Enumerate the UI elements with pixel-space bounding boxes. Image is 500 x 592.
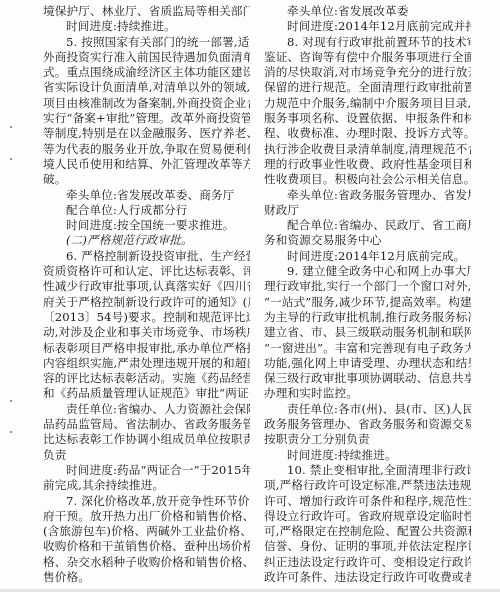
text-line: 为主导的行政审批机制,推行政务服务标准化建设;	[264, 310, 471, 325]
text-line: “一站式”服务,减少环节,提高效率。构建以窗口	[264, 295, 471, 310]
text-line: 性减少行政审批事项,认真落实好《四川省人民政	[43, 279, 250, 294]
text-line: 配合单位:省编办、民政厅、省工商局、省政务服	[264, 218, 471, 233]
text-line: 牵头单位:省发展改革委	[264, 4, 471, 19]
text-line: 境人民币使用和结算、外汇管理改革等方面有所突	[43, 157, 250, 172]
text-line: 5. 按照国家有关部门的统一部署,适时推行对	[43, 35, 250, 50]
text-line: 性收费项目。积极向社会公示相关信息。	[264, 172, 471, 187]
text-line: (含旅游包车)价格、两碱外工业盐价格、桑蚕鲜茧	[43, 524, 250, 539]
margin-mark	[10, 431, 12, 433]
text-line: 务和资源交易服务中心	[264, 233, 471, 248]
text-line: “一窗进出”。丰富和完善现有电子政务大厅服务	[264, 341, 471, 356]
text-line: 许可、增加行政许可条件和程序,规范性文件一律不	[264, 494, 471, 509]
text-line: 纠正违法设定行政许可、变相设定行政许可、增设行	[264, 555, 471, 570]
right-text-column: 牵头单位:省发展改革委时间进度:2014年12月底前完成并持续推进。8. 对现有…	[264, 4, 471, 585]
text-line: 品药品监管局、省法制办、省政务服务管理办、省评	[43, 417, 250, 432]
margin-mark	[10, 126, 12, 128]
text-line: 等制度,特别是在以金融服务、医疗养老、专业服务	[43, 126, 250, 141]
text-line: 牵头单位:省政务服务管理办、省发展改革委、	[264, 188, 471, 203]
text-line: 力规范中介服务,编制中介服务项目目录,明确中介	[264, 96, 471, 111]
text-line: 保留的进行规范。全面清理行政审批前置事项,大	[264, 80, 471, 95]
text-line: 政许可条件、违法设定行政许可收费或者通过实施	[264, 570, 471, 585]
text-line: 时间进度:按全国统一要求推进。	[43, 218, 250, 233]
text-line: 动,对涉及企业和事关市场竞争、市场秩序的评比达	[43, 325, 250, 340]
text-line: 标表彰项目严格申报审批,承办单位严格按照审批	[43, 341, 250, 356]
text-line: 时间进度:2014年12月底前完成。	[264, 249, 471, 264]
text-line: 理的行政事业性收费、政府性基金项目和经营服务	[264, 157, 471, 172]
text-line: 配合单位:人行成都分行	[43, 203, 250, 218]
text-line: 得设立行政许可。省政府规章设定临时性的行政许	[264, 509, 471, 524]
text-line: 鉴证、咨询等有偿中介服务事项进行全面清理,能取	[264, 50, 471, 65]
text-line: 责任单位:省编办、人力资源社会保障厅、省食	[43, 402, 250, 417]
text-line: 式。重点围绕成渝经济区主体功能区建设需求和我	[43, 65, 250, 80]
text-line: 比达标表彰工作协调小组成员单位按职责分工分别	[43, 432, 250, 447]
text-line: 项,严格行政许可设定标准,严禁违法违规设定行政	[264, 478, 471, 493]
text-line: 〔2013〕54号)要求。控制和规范评比达标表彰活	[43, 310, 250, 325]
text-line: 6. 严格控制新设投资审批、生产经营活动审批、	[43, 249, 250, 264]
text-line: 理行政审批,实行一个部门一个窗口对外,一级政府	[264, 279, 471, 294]
text-line: 格、杂交水稻种子收购价格和销售价格、中药饮片销	[43, 555, 250, 570]
margin-mark	[10, 158, 12, 160]
text-line: 按职责分工分别负责	[264, 432, 471, 447]
text-line: 前完成,其余持续推进。	[43, 478, 250, 493]
text-line: 功能,强化网上申请受理、办理状态和结果查询,确	[264, 356, 471, 371]
margin-mark	[10, 400, 12, 402]
text-line: 时间进度:药品“两证合一”于2015年12月底	[43, 463, 250, 478]
text-line: 等为代表的服务业开放,争取在贸易便利化制度、跨	[43, 142, 250, 157]
text-line: 外商投资实行准入前国民待遇加负面清单的管理模	[43, 50, 250, 65]
text-line: 售价格。	[43, 570, 250, 585]
text-line: 信誉、身份、证明的事项,并依法定程序设定。坚决	[264, 539, 471, 554]
text-line: 实行“备案+审批”管理。改革外商投资管理、金融	[43, 111, 250, 126]
text-line: 财政厅	[264, 203, 471, 218]
text-line: 省实际设计负面清单,对清单以外的领域,外商投资	[43, 80, 250, 95]
text-line: 收购价格和干茧销售价格、蚕种出场价格和销售价	[43, 539, 250, 554]
text-line: 内容组织实施,严肃处理违规开展的和超出审批内	[43, 356, 250, 371]
text-line: 时间进度:持续推进。	[264, 448, 471, 463]
text-line: 可,严格限定在控制危险、配置公共资源和提供特定	[264, 524, 471, 539]
document-page: 境保护厅、林业厅、省质监局等相关部门时间进度:持续推进。5. 按照国家有关部门的…	[0, 0, 500, 592]
text-line: 服务事项名称、设置依据、申报条件和材料、服务流	[264, 111, 471, 126]
text-line: 破。	[43, 172, 250, 187]
text-line: 消的尽快取消,对市场竞争充分的进行放开,对确需	[264, 65, 471, 80]
text-line: 和《药品质量管理认证规范》审批“两证合一”。	[43, 386, 250, 401]
text-line: 9. 建立健全政务中心和网上办事大厅,集中办	[264, 264, 471, 279]
text-line: 府干预。放开热力出厂价格和销售价格、包车客运	[43, 509, 250, 524]
text-line: 政务服务管理办、省政务服务和资源交易服务中心	[264, 417, 471, 432]
text-line: 建立省、市、县三级联动服务机制和联网运行,实现	[264, 325, 471, 340]
text-line: 程、收费标准、办理时限、投诉方式等。建立并严格	[264, 126, 471, 141]
text-line: 时间进度:2014年12月底前完成并持续推进。	[264, 19, 471, 34]
text-line: 时间进度:持续推进。	[43, 19, 250, 34]
text-line: 办理和实时监控。	[264, 386, 471, 401]
text-line: 项目由核准制改为备案制,外商投资企业合同章程	[43, 96, 250, 111]
text-line: 8. 对现有行政审批前置环节的技术审查、评估、	[264, 35, 471, 50]
text-line: 保三级行政审批事项协调联动、信息共享,全程网上	[264, 371, 471, 386]
text-line: 容的评比达标表彰活动。实施《药品经营许可证》	[43, 371, 250, 386]
text-line: 负责	[43, 448, 250, 463]
text-line: 10. 禁止变相审批,全面清理非行政许可审批事	[264, 463, 471, 478]
left-text-column: 境保护厅、林业厅、省质监局等相关部门时间进度:持续推进。5. 按照国家有关部门的…	[43, 4, 250, 585]
text-line: 资质资格许可和认定、评比达标表彰、评估等。实质	[43, 264, 250, 279]
text-line: 执行涉企收费目录清单制度,清理规范不合法不合	[264, 142, 471, 157]
text-line: 府关于严格控制新设行政许可的通知》(川府发	[43, 295, 250, 310]
text-line: 责任单位:各市(州)、县(市、区)人民政府,省	[264, 402, 471, 417]
text-line: 牵头单位:省发展改革委、商务厅	[43, 188, 250, 203]
text-line: 境保护厅、林业厅、省质监局等相关部门	[43, 4, 250, 19]
text-line: 7. 深化价格改革,放开竞争性环节价格,减少政	[43, 494, 250, 509]
text-line: (二)严格规范行政审批。	[43, 233, 250, 248]
